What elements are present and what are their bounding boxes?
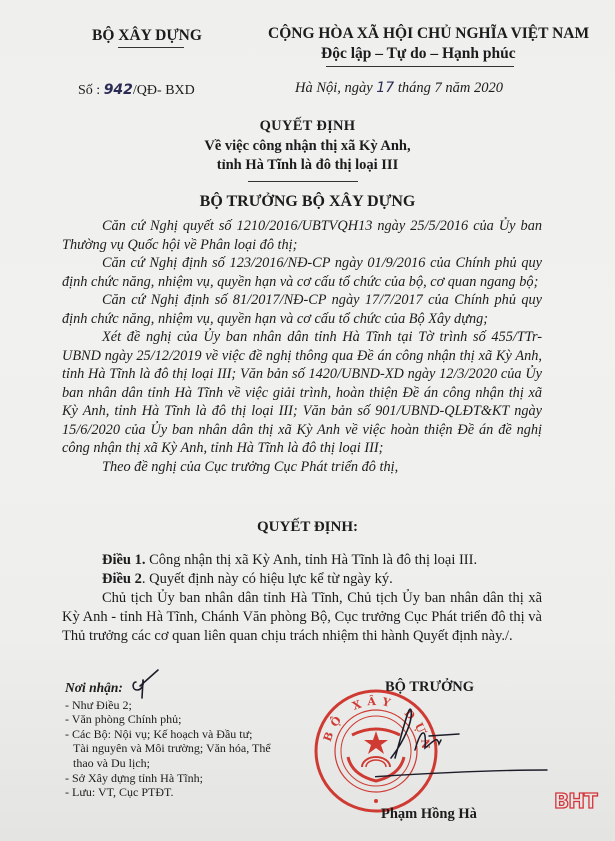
article-text: . Quyết định này có hiệu lực kể từ ngày … [142,571,393,587]
subject-line-2: tỉnh Hà Tĩnh là đô thị loại III [0,157,615,174]
agency-underline [118,47,184,48]
legal-basis: Căn cứ Nghị quyết số 1210/2016/UBTVQH13 … [62,217,542,476]
recipients-title: Nơi nhận: [65,681,295,696]
basis-paragraph: Căn cứ Nghị định số 81/2017/NĐ-CP ngày 1… [62,291,542,328]
doc-number-handwritten: 942 [104,82,133,98]
recipient-item: - Sở Xây dựng tỉnh Hà Tĩnh; [65,771,295,786]
publisher-watermark-logo: BHT [554,789,597,813]
decision-heading: QUYẾT ĐỊNH: [0,519,615,536]
recipients-block: Nơi nhận: - Như Điều 2; - Văn phòng Chín… [65,681,295,800]
place-prefix: Hà Nội, ngày [295,80,376,96]
doc-number-suffix: /QĐ- BXD [133,83,195,98]
article-text: Công nhận thị xã Kỳ Anh, tỉnh Hà Tĩnh là… [146,552,478,568]
motto-underline [326,66,514,67]
subject-underline [248,181,358,182]
recipient-item: thao và Du lịch; [65,756,295,771]
initial-mark-icon [130,668,160,702]
issuing-agency: BỘ XÂY DỰNG [92,27,202,45]
basis-paragraph: Theo đề nghị của Cục trưởng Cục Phát tri… [62,458,542,477]
recipient-item: Tài nguyên và Môi trường; Văn hóa, Thể [65,741,295,756]
basis-paragraph: Căn cứ Nghị định số 123/2016/NĐ-CP ngày … [62,254,542,291]
national-motto: Độc lập – Tự do – Hạnh phúc [321,45,516,63]
article-label: Điều 1. [102,552,146,568]
articles: Điều 1. Công nhận thị xã Kỳ Anh, tỉnh Hà… [62,551,542,646]
decision-document: BỘ XÂY DỰNG CỘNG HÒA XÃ HỘI CHỦ NGHĨA VI… [0,0,615,841]
recipient-item: - Lưu: VT, Cục PTĐT. [65,785,295,800]
year-label: năm 2020 [442,80,503,96]
article-label: Điều 2 [102,571,142,587]
place-and-date: Hà Nội, ngày 17 tháng 7 năm 2020 [295,80,503,97]
recipient-item: - Văn phòng Chính phủ; [65,712,295,727]
subject-line-1: Về việc công nhận thị xã Kỳ Anh, [0,138,615,155]
day-handwritten: 17 [376,80,394,96]
article-2: Điều 2. Quyết định này có hiệu lực kể từ… [62,570,542,589]
recipient-item: - Các Bộ: Nội vụ; Kế hoạch và Đầu tư; [65,727,295,742]
month-label: tháng [394,80,434,96]
issuer-title: BỘ TRƯỞNG BỘ XÂY DỰNG [0,193,615,211]
recipient-item: - Như Điều 2; [65,698,295,713]
document-type-title: QUYẾT ĐỊNH [0,118,615,135]
signature-icon [375,700,585,800]
article-1: Điều 1. Công nhận thị xã Kỳ Anh, tỉnh Hà… [62,551,542,570]
document-number: Số : 942/QĐ- BXD [78,82,195,99]
basis-paragraph: Xét đề nghị của Ủy ban nhân dân tỉnh Hà … [62,328,542,458]
signer-name: Phạm Hồng Hà [381,806,477,823]
month-value: 7 [434,80,441,96]
doc-number-prefix: Số : [78,83,104,98]
basis-paragraph: Căn cứ Nghị quyết số 1210/2016/UBTVQH13 … [62,217,542,254]
execution-clause: Chủ tịch Ủy ban nhân dân tỉnh Hà Tĩnh, C… [62,589,542,646]
national-title: CỘNG HÒA XÃ HỘI CHỦ NGHĨA VIỆT NAM [268,25,589,43]
